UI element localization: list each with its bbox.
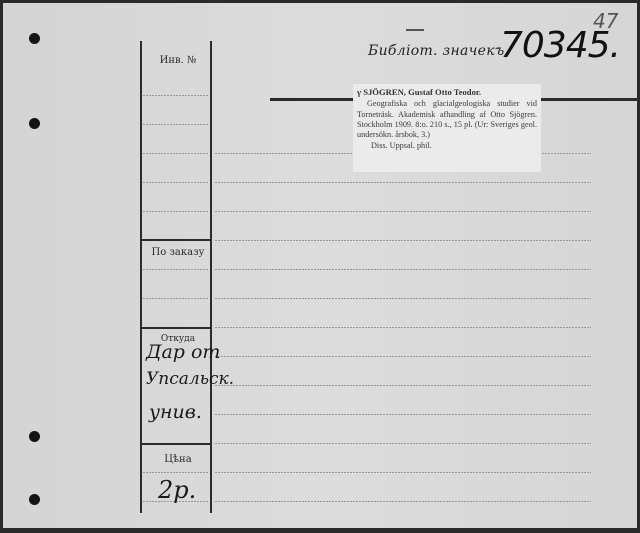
library-mark-label: Библiот. значекъ [368,43,505,59]
ruled-line [143,124,209,125]
ruled-line [143,472,209,473]
pencil-dash [406,29,424,31]
ruled-line [143,182,209,183]
ruled-line [143,298,209,299]
punch-hole-icon [29,33,40,44]
ruled-line [215,385,591,386]
ruled-line [143,153,209,154]
punch-hole-icon [29,431,40,442]
clipping-author: SJÖGREN, Gustaf Otto Teodor. [363,87,481,97]
inv-number-label: Инв. № [144,54,212,67]
ruled-line [143,211,209,212]
source-handwritten-line-2: Упсальск. [146,369,234,389]
clipping-body: Geografiska och glacialgeologiska studie… [357,99,537,140]
punch-hole-icon [29,118,40,129]
ruled-line [215,327,591,328]
source-handwritten-line-1: Дар от [146,341,220,363]
clipping-note: Diss. Uppsal. phil. [357,141,537,151]
column-divider [140,239,211,241]
ruled-line [143,269,209,270]
ruled-line [215,472,591,473]
column-divider [140,327,211,329]
ruled-line [215,269,591,270]
price-handwritten: 2р. [158,476,196,504]
ruled-line [215,240,591,241]
ruled-line [215,182,591,183]
ruled-line [215,443,591,444]
inv-label-text: Инв. № [160,55,197,66]
source-handwritten-line-3: унив. [149,401,202,423]
punch-hole-icon [29,494,40,505]
corner-number: 47 [593,9,618,33]
column-divider [140,443,211,445]
ruled-line [215,414,591,415]
catalog-card: Библiот. значекъ 70345. 47 Инв. № По зак… [3,3,637,528]
ruled-line [215,501,591,502]
ruled-line [143,95,209,96]
bibliographic-clipping: γ SJÖGREN, Gustaf Otto Teodor. Geografis… [353,84,541,172]
price-label: Цѣна [144,454,212,465]
ruled-line [215,211,591,212]
ruled-line [215,356,591,357]
clipping-heading: γ SJÖGREN, Gustaf Otto Teodor. [357,87,537,97]
ruled-line [215,298,591,299]
clipping-mark: γ [357,87,361,97]
order-label: По заказу [144,247,212,258]
